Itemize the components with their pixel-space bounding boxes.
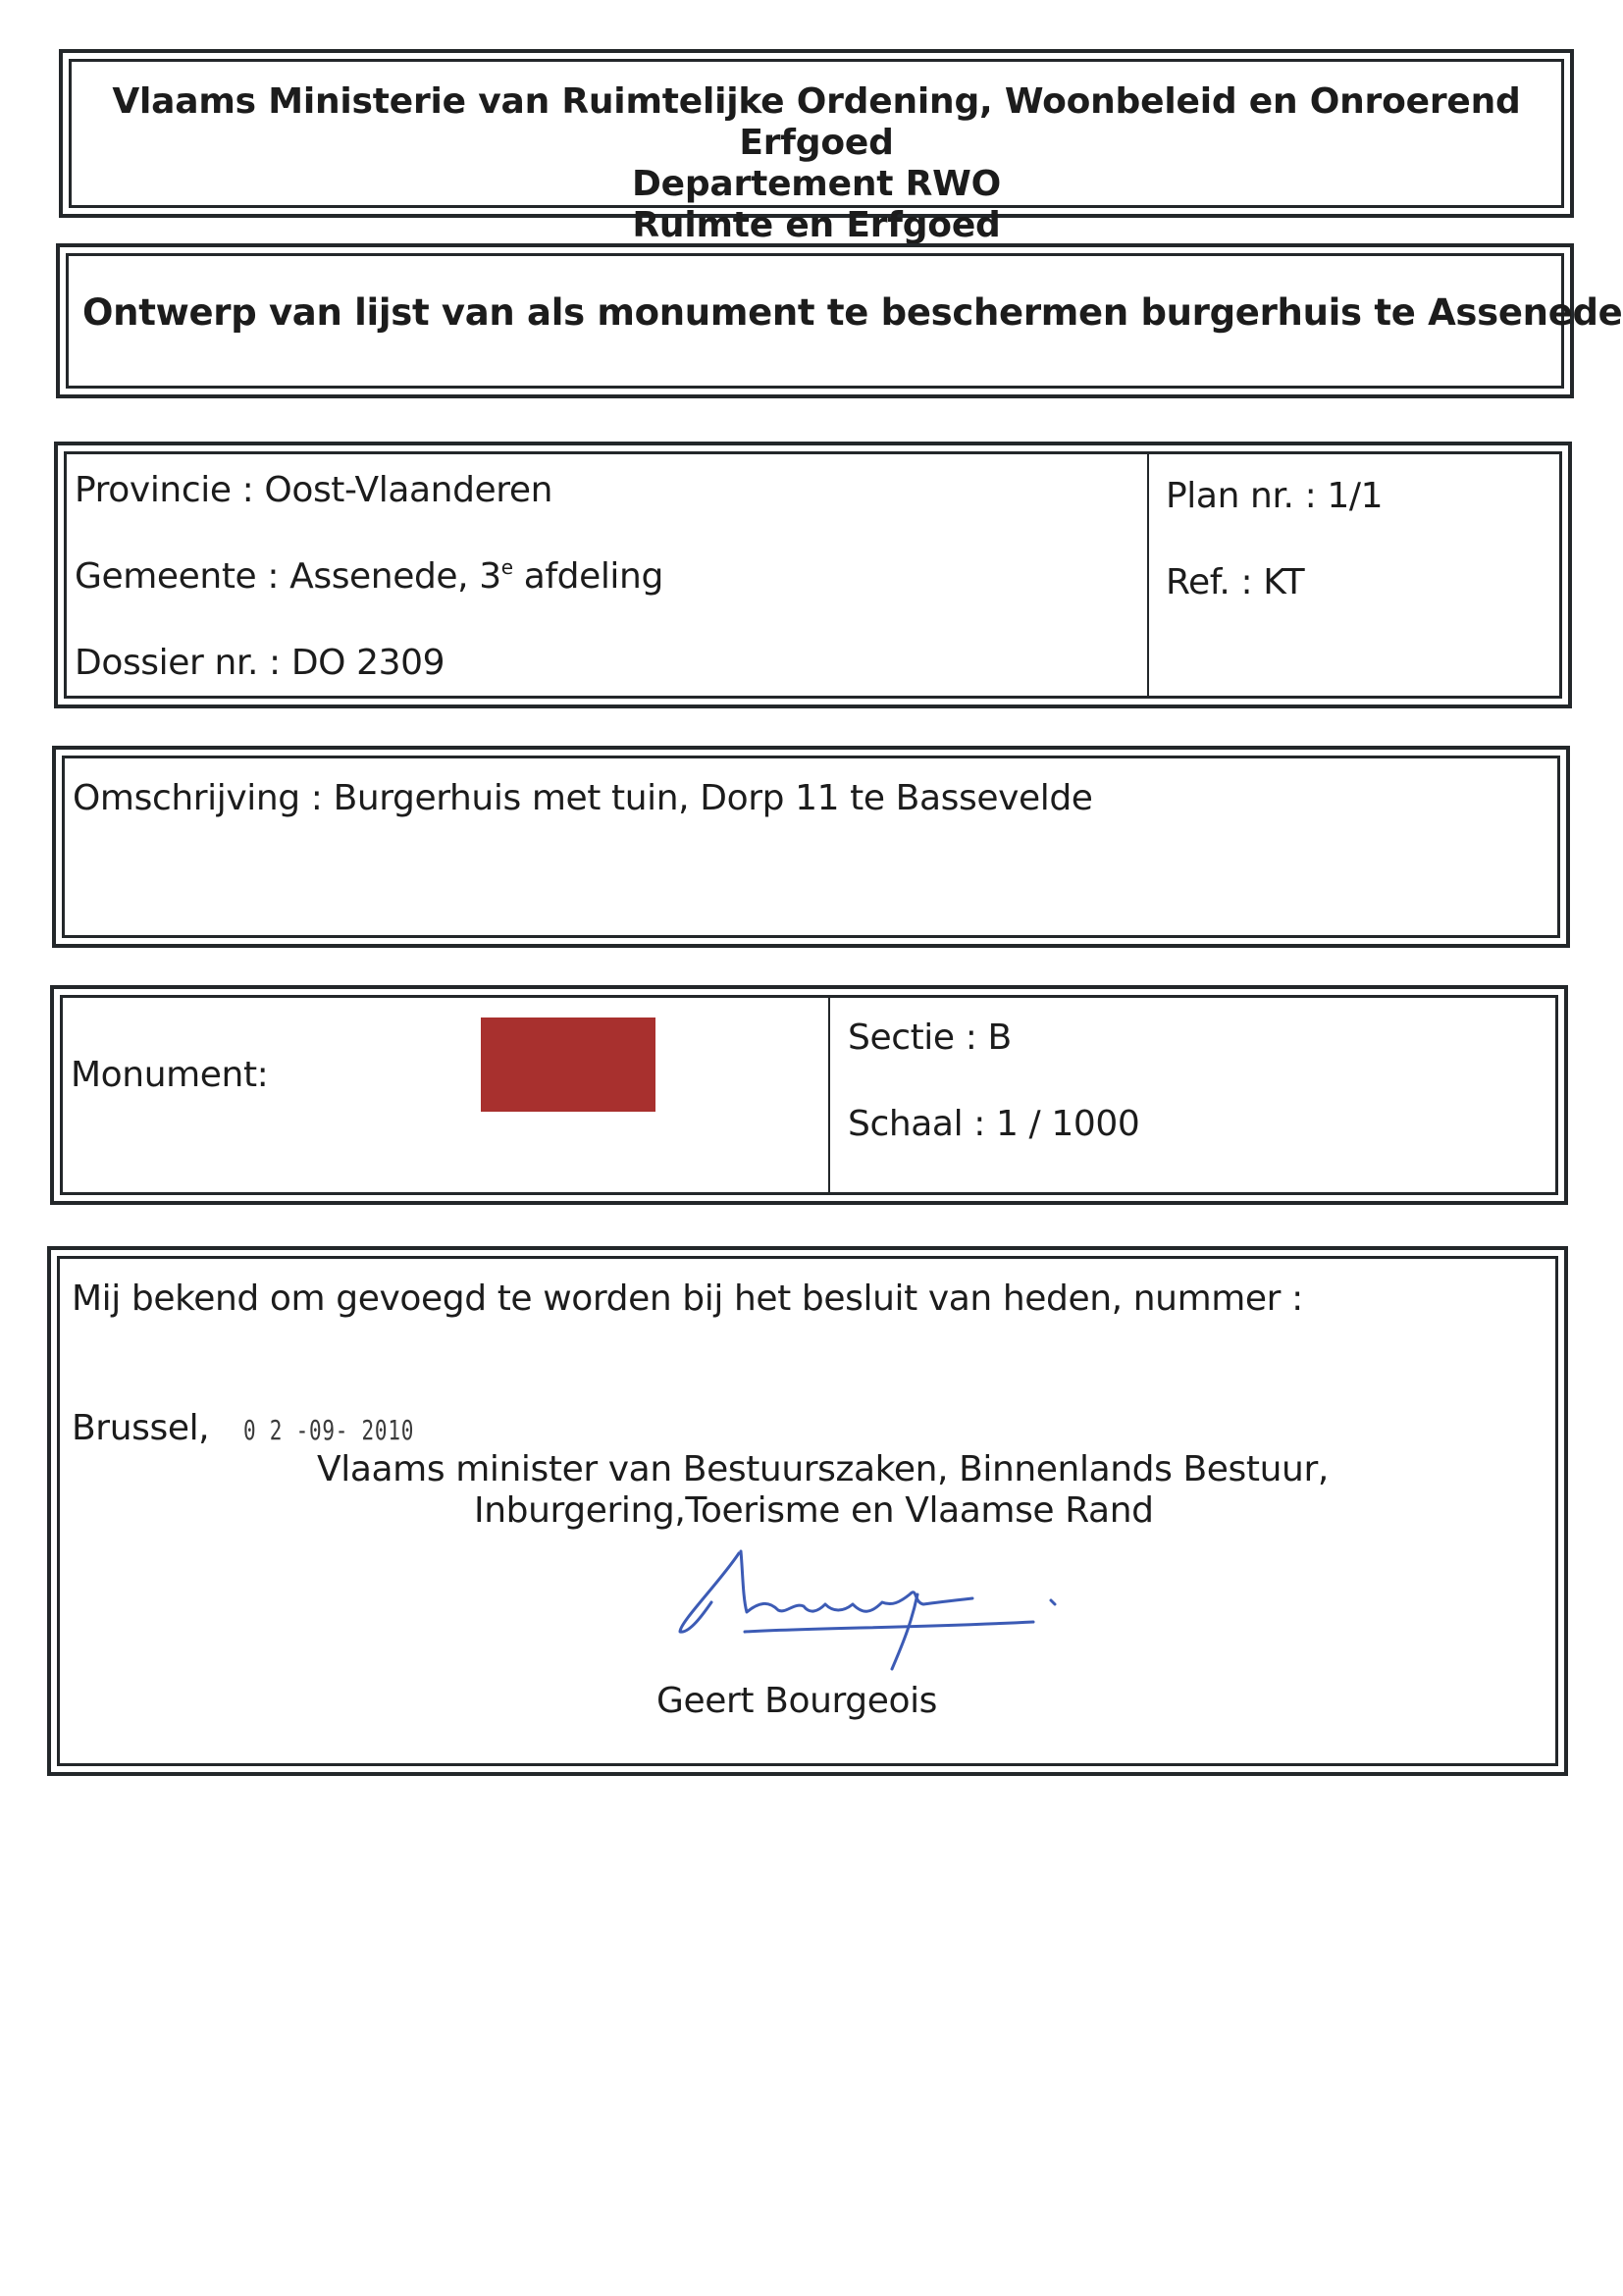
description-field: Omschrijving : Burgerhuis met tuin, Dorp… [73,778,1093,818]
place-name: Brussel, [72,1408,209,1448]
sectie-field: Sectie : B [848,1018,1012,1058]
place-date-line: Brussel, 0 2 -09- 2010 [72,1408,471,1448]
info-divider [1147,454,1149,696]
gemeente-suffix: afdeling [513,556,663,597]
schaal-field: Schaal : 1 / 1000 [848,1104,1139,1144]
dossier-field: Dossier nr. : DO 2309 [75,643,445,683]
monument-color-swatch [481,1018,655,1112]
signature-icon [660,1543,1210,1691]
monument-label: Monument: [71,1055,268,1095]
title-box: Ontwerp van lijst van als monument te be… [56,243,1574,398]
reference-field: Ref. : KT [1166,562,1304,602]
ministry-name: Vlaams Ministerie van Ruimtelijke Ordeni… [72,81,1561,164]
description-box: Omschrijving : Burgerhuis met tuin, Dorp… [52,746,1570,948]
plan-number-field: Plan nr. : 1/1 [1166,476,1383,516]
minister-title-line1: Vlaams minister van Bestuurszaken, Binne… [317,1449,1329,1489]
division-name: Ruimte en Erfgoed [72,205,1561,246]
department-name: Departement RWO [72,164,1561,205]
provincie-field: Provincie : Oost-Vlaanderen [75,470,552,510]
legend-box: Monument: Sectie : B Schaal : 1 / 1000 [50,985,1568,1205]
minister-title-line2: Inburgering,Toerisme en Vlaamse Rand [474,1490,1154,1531]
gemeente-field: Gemeente : Assenede, 3e afdeling [75,556,663,597]
document-title: Ontwerp van lijst van als monument te be… [82,291,1622,334]
gemeente-value: Gemeente : Assenede, 3 [75,556,501,597]
info-box: Provincie : Oost-Vlaanderen Gemeente : A… [54,442,1572,708]
gemeente-superscript: e [501,555,513,579]
date-stamp: 0 2 -09- 2010 [243,1414,414,1446]
approval-box: Mij bekend om gevoegd te worden bij het … [47,1246,1568,1776]
approval-statement: Mij bekend om gevoegd te worden bij het … [72,1278,1303,1319]
legend-divider [828,998,830,1192]
header-box: Vlaams Ministerie van Ruimtelijke Ordeni… [59,49,1574,218]
signatory-name: Geert Bourgeois [656,1681,937,1721]
